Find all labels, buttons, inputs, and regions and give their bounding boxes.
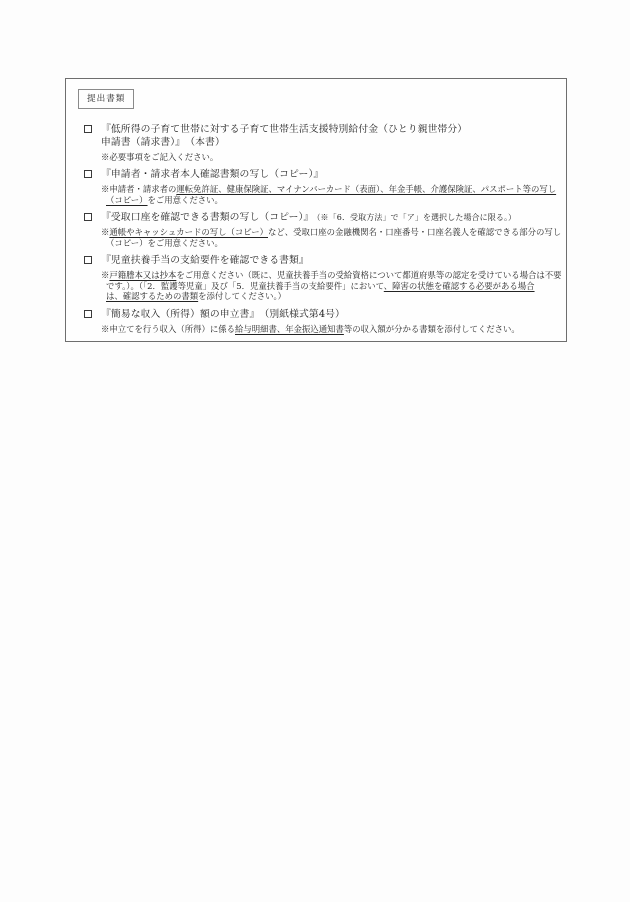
document-item: 『簡易な収入（所得）額の申立書』 （別紙様式第4号） ※申立てを行う収入（所得）… (66, 308, 566, 335)
note-text: （コピー）をご用意ください。 (106, 238, 223, 248)
item-title: 『児童扶養手当の支給要件を確認できる書類』 (101, 254, 566, 267)
item-title: 『簡易な収入（所得）額の申立書』 （別紙様式第4号） (101, 308, 566, 321)
item-note: ※戸籍謄本又は抄本をご用意ください（既に、児童扶養手当の受給資格について都道府県… (101, 270, 566, 302)
document-items-list: 『低所得の子育て世帯に対する子育て世帯生活支援特別給付金（ひとり親世帯分） 申請… (66, 123, 566, 335)
note-text: をご用意ください。 (148, 195, 223, 205)
note-text: ※必要事項をご記入ください。 (101, 152, 218, 162)
checkbox-icon[interactable] (84, 256, 92, 264)
title-text: 申請書（請求書）』 （本書） (101, 137, 225, 148)
title-text: 『簡易な収入（所得）額の申立書』 （別紙様式第4号） (101, 309, 345, 320)
note-text: など、受取口座の金融機関名・口座番号・口座名義人を確認できる部分の写し (268, 227, 561, 237)
note-text: ※申請者・請求者の (101, 184, 176, 194)
note-text-underlined: は、確認するための書類 (106, 291, 198, 301)
note-text-underlined: （コピー） (106, 195, 148, 205)
item-note: ※必要事項をご記入ください。 (101, 152, 566, 163)
item-note: ※通帳やキャッシュカードの写し（コピー）など、受取口座の金融機関名・口座番号・口… (101, 227, 566, 248)
title-text: 『低所得の子育て世帯に対する子育て世帯生活支援特別給付金（ひとり親世帯分） (101, 124, 467, 135)
document-item: 『児童扶養手当の支給要件を確認できる書類』 ※戸籍謄本又は抄本をご用意ください（… (66, 254, 566, 302)
box-title-label: 提出書類 (78, 89, 134, 109)
item-title: 『申請者・請求者本人確認書類の写し（コピー）』 (101, 168, 566, 181)
note-text-underlined: 給与明細書、年金振込通知書 (235, 324, 344, 334)
document-page: 提出書類 『低所得の子育て世帯に対する子育て世帯生活支援特別給付金（ひとり親世帯… (0, 0, 630, 902)
checkbox-icon[interactable] (84, 213, 92, 221)
item-title: 『受取口座を確認できる書類の写し（コピー）』（※「6．受取方法」で「ア」を選択し… (101, 211, 566, 224)
item-note: ※申請者・請求者の運転免許証、健康保険証、マイナンバーカード（表面）、年金手帳、… (101, 184, 566, 205)
note-text-underlined: 通帳やキャッシュカードの写し（コピー） (109, 227, 268, 237)
item-title: 『低所得の子育て世帯に対する子育て世帯生活支援特別給付金（ひとり親世帯分） 申請… (101, 123, 566, 149)
document-item: 『受取口座を確認できる書類の写し（コピー）』（※「6．受取方法」で「ア」を選択し… (66, 211, 566, 248)
note-text: 等の収入額が分かる書類を添付してください。 (344, 324, 520, 334)
note-text-underlined: 戸籍謄本又は抄本 (109, 270, 176, 280)
note-text-underlined: 運転免許証、健康保険証、マイナンバーカード（表面）、年金手帳、介護保険証、パスポ… (176, 184, 556, 194)
title-text: 『申請者・請求者本人確認書類の写し（コピー）』 (101, 169, 323, 180)
title-text: 『児童扶養手当の支給要件を確認できる書類』 (101, 255, 309, 266)
note-text: を添付してください。） (198, 291, 286, 301)
checkbox-icon[interactable] (84, 170, 92, 178)
checkbox-icon[interactable] (84, 125, 92, 133)
note-text: です。）。（「2．監護等児童」及び「5．児童扶養手当の支給要件」において (106, 281, 384, 291)
submission-documents-box: 提出書類 『低所得の子育て世帯に対する子育て世帯生活支援特別給付金（ひとり親世帯… (65, 78, 567, 342)
title-condition: （※「6．受取方法」で「ア」を選択した場合に限る。） (316, 213, 516, 222)
document-item: 『申請者・請求者本人確認書類の写し（コピー）』 ※申請者・請求者の運転免許証、健… (66, 168, 566, 205)
item-note: ※申立てを行う収入（所得）に係る給与明細書、年金振込通知書等の収入額が分かる書類… (101, 324, 566, 335)
title-text: 『受取口座を確認できる書類の写し（コピー）』 (101, 212, 313, 223)
note-text: ※申立てを行う収入（所得）に係る (101, 324, 235, 334)
note-text: をご用意ください（既に、児童扶養手当の受給資格について都道府県等の認定を受けてい… (176, 270, 561, 280)
document-item: 『低所得の子育て世帯に対する子育て世帯生活支援特別給付金（ひとり親世帯分） 申請… (66, 123, 566, 163)
checkbox-icon[interactable] (84, 310, 92, 318)
note-text-underlined: 、障害の状態を確認する必要がある場合 (384, 281, 535, 291)
